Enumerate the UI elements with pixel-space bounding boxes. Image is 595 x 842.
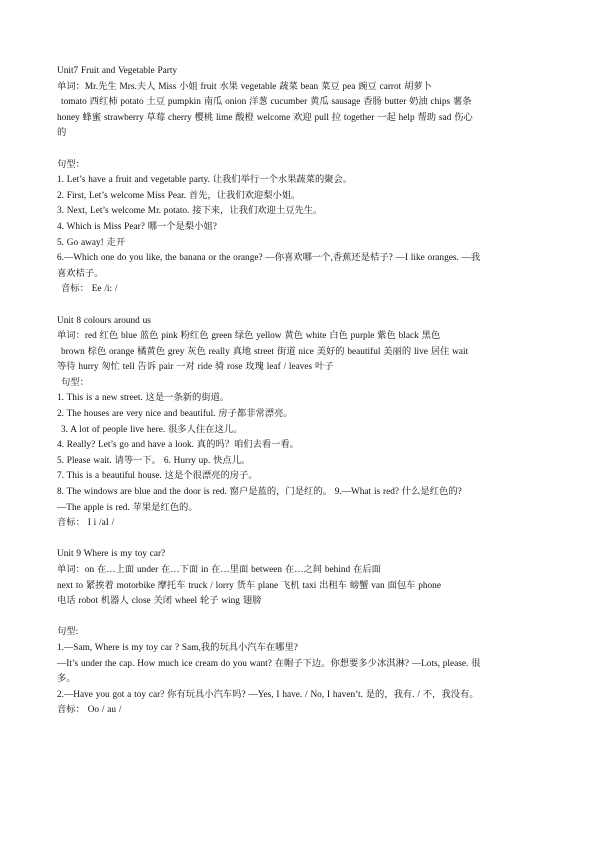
sentence-line: —It’s under the cap. How much ice cream … <box>57 657 545 673</box>
sentence-line: 3. Next, Let’s welcome Mr. potato. 接下来，让… <box>57 204 545 220</box>
unit-9-section: Unit 9 Where is my toy car? 单词：on 在…上面 u… <box>57 547 545 719</box>
sentence-line: 1.—Sam, Where is my toy car ? Sam,我的玩具小汽… <box>57 641 545 657</box>
vocab-line: 单词：on 在…上面 under 在…下面 in 在…里面 between 在…… <box>57 563 545 579</box>
vocab-line: 的 <box>57 126 545 142</box>
sentence-line: 1. Let’s have a fruit and vegetable part… <box>57 173 545 189</box>
sentence-line: 7. This is a beautiful house. 这是个很漂亮的房子。 <box>57 469 545 485</box>
sentence-line: 2.—Have you got a toy car? 你有玩具小汽车吗? —Ye… <box>57 688 545 704</box>
sentence-header: 句型: <box>57 625 545 641</box>
spacer <box>57 142 545 158</box>
sentence-line: 4. Really? Let’s go and have a look. 真的吗… <box>57 438 545 454</box>
sentence-line: 4. Which is Miss Pear? 哪一个是梨小姐? <box>57 220 545 236</box>
sentence-line: 3. A lot of people live here. 很多人住在这儿。 <box>57 423 545 439</box>
vocab-line: brown 棕色 orange 橘黄色 grey 灰色 really 真地 st… <box>57 345 545 361</box>
phonetic-line: 音标： I i /aI / <box>57 516 545 532</box>
sentence-line: 2. First, Let’s welcome Miss Pear. 首先，让我… <box>57 189 545 205</box>
sentence-line: —The apple is red. 苹果是红色的。 <box>57 501 545 517</box>
vocab-line: 电话 robot 机器人 close 关闭 wheel 轮子 wing 翅膀 <box>57 594 545 610</box>
unit-title: Unit 9 Where is my toy car? <box>57 547 545 563</box>
sentence-header: 句型： <box>57 376 545 392</box>
phonetic-line: 音标： Oo / au / <box>57 703 545 719</box>
sentence-line: 1. This is a new street. 这是一条新的街道。 <box>57 391 545 407</box>
vocab-line: next to 紧挨着 motorbike 摩托车 truck / lorry … <box>57 579 545 595</box>
sentence-line: 5. Please wait. 请等一下。 6. Hurry up. 快点儿。 <box>57 454 545 470</box>
spacer <box>57 532 545 548</box>
sentence-line: 5. Go away! 走开 <box>57 236 545 252</box>
unit-7-section: Unit7 Fruit and Vegetable Party 单词：Mr.先生… <box>57 64 545 314</box>
unit-title: Unit7 Fruit and Vegetable Party <box>57 64 545 80</box>
sentence-line: 多。 <box>57 672 545 688</box>
sentence-line: 喜欢桔子。 <box>57 267 545 283</box>
sentence-line: 8. The windows are blue and the door is … <box>57 485 545 501</box>
unit-title: Unit 8 colours around us <box>57 314 545 330</box>
sentence-line: 6.—Which one do you like, the banana or … <box>57 251 545 267</box>
sentence-line: 2. The houses are very nice and beautifu… <box>57 407 545 423</box>
vocab-line: 单词：Mr.先生 Mrs.夫人 Miss 小姐 fruit 水果 vegetab… <box>57 80 545 96</box>
spacer <box>57 610 545 626</box>
vocab-line: tomato 西红柿 potato 土豆 pumpkin 南瓜 onion 洋葱… <box>57 95 545 111</box>
vocab-line: 单词：red 红色 blue 蓝色 pink 粉红色 green 绿色 yell… <box>57 329 545 345</box>
vocab-line: honey 蜂蜜 strawberry 草莓 cherry 樱桃 lime 酸橙… <box>57 111 545 127</box>
vocab-line: 等待 hurry 匆忙 tell 告诉 pair 一对 ride 骑 rose … <box>57 360 545 376</box>
spacer <box>57 298 545 314</box>
phonetic-line: 音标： Ee /i: / <box>57 282 545 298</box>
unit-8-section: Unit 8 colours around us 单词：red 红色 blue … <box>57 314 545 548</box>
sentence-header: 句型： <box>57 158 545 174</box>
document-page: Unit7 Fruit and Vegetable Party 单词：Mr.先生… <box>57 64 545 719</box>
